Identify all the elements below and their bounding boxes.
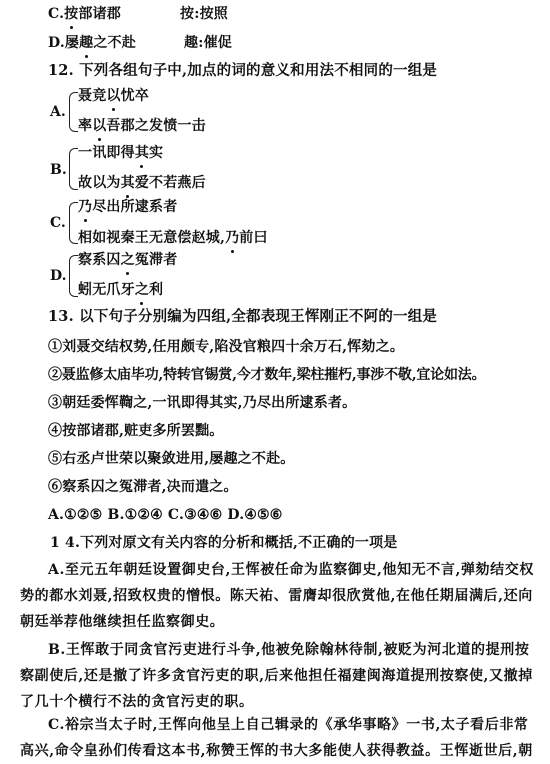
q12-c-line2: 相如视秦王无意偿赵城,乃前曰: [78, 228, 268, 248]
q13-choices: A.①②⑤ B.①②④ C.③④⑥ D.④⑤⑥: [48, 505, 283, 525]
q12-d-line1: 察系囚之冤滞者: [78, 250, 177, 270]
q12-stem: 12. 下列各组句子中,加点的词的意义和用法不相同的一组是: [48, 61, 437, 81]
q12-c-label: C.: [50, 213, 66, 233]
q11-option-d: D.屡趣之不赴: [48, 33, 136, 53]
q13-item-5: ⑤右丞卢世荣以聚敛进用,屡趣之不赴。: [48, 449, 294, 469]
q12-d-line2: 蚓无爪牙之利: [78, 280, 163, 300]
text: 利: [149, 282, 163, 298]
q11-gloss-c: 按:按照: [180, 4, 228, 24]
q12-d-label: D.: [50, 266, 67, 286]
q12-a-line1: 聂竞以忧卒: [78, 86, 149, 106]
text: 实: [149, 145, 163, 161]
brace-icon: [69, 202, 78, 244]
option-label: D.: [48, 35, 65, 51]
q12-b-label: B.: [50, 160, 67, 180]
text: 忧卒: [121, 88, 149, 104]
text: 前曰: [239, 230, 267, 246]
dotted-word: 以: [106, 86, 120, 106]
q14-option-c: C.裕宗当太子时,王恽向他呈上自己辑录的《承华事略》一书,太子看后非常高兴,命令…: [20, 712, 534, 764]
q12-c-line1: 乃尽出所逮系者: [78, 197, 177, 217]
q13-item-3: ③朝廷委恽鞫之,一讯即得其实,乃尽出所逮系者。: [48, 393, 356, 413]
text: 冤滞者: [135, 252, 178, 268]
q14-option-a: A.至元五年朝廷设置御史台,王恽被任命为监察御史,他知无不言,弹劾结交权势的都水…: [20, 557, 534, 635]
text: 察系囚: [78, 252, 121, 268]
text: 率: [78, 118, 92, 134]
text: 尽出所逮系者: [92, 199, 177, 215]
dotted-word: 乃: [78, 197, 92, 217]
dotted-word: 按: [64, 4, 78, 24]
option-text: 屡: [65, 35, 79, 51]
brace-icon: [69, 92, 78, 132]
text: 故以为: [78, 175, 121, 191]
q12-b-line1: 一讯即得其实: [78, 143, 163, 163]
dotted-word: 之: [121, 250, 135, 270]
option-text: 之不赴: [93, 35, 136, 51]
option-text: 部诸郡: [78, 6, 121, 22]
q12-a-line2: 率以吾郡之发愤一击: [78, 116, 206, 136]
dotted-word: 乃: [225, 228, 239, 248]
q13-item-4: ④按部诸郡,赃吏多所罢黜。: [48, 421, 223, 441]
q13-stem: 13. 以下句子分别编为四组,全都表现王恽刚正不阿的一组是: [48, 307, 437, 327]
q14-stem: 1 4.下列对原文有关内容的分析和概括,不正确的一项是: [50, 533, 398, 553]
brace-icon: [69, 255, 78, 297]
text: 一讯即得: [78, 145, 135, 161]
text: 爱不若燕后: [135, 175, 206, 191]
text: 相如视秦王无意偿赵城,: [78, 230, 225, 246]
text: 蚓无爪牙: [78, 282, 135, 298]
text: 吾郡之发愤一击: [106, 118, 205, 134]
q11-gloss-d: 趣:催促: [184, 33, 232, 53]
q12-a-label: A.: [50, 102, 66, 122]
q14-option-b: B.王恽敢于同贪官污吏进行斗争,他被免除翰林待制,被贬为河北道的提刑按察副使后,…: [20, 637, 534, 715]
q13-item-6: ⑥察系囚之冤滞者,决而遣之。: [48, 477, 238, 497]
q11-option-c: C.按部诸郡: [48, 4, 121, 24]
dotted-word: 趣: [79, 33, 93, 53]
dotted-word: 其: [135, 143, 149, 163]
option-label: C.: [48, 6, 64, 22]
q12-b-line2: 故以为其爱不若燕后: [78, 173, 206, 193]
dotted-word: 之: [135, 280, 149, 300]
dotted-word: 以: [92, 116, 106, 136]
dotted-word: 其: [121, 173, 135, 193]
q13-item-2: ②聂监修太庙毕功,特转官锡赏,今才数年,梁柱摧朽,事涉不敬,宜论如法。: [48, 365, 485, 385]
text: 聂竞: [78, 88, 106, 104]
brace-icon: [69, 148, 78, 190]
q13-item-1: ①刘聂交结权势,任用颇专,陷没官粮四十余万石,恽劾之。: [48, 337, 404, 357]
